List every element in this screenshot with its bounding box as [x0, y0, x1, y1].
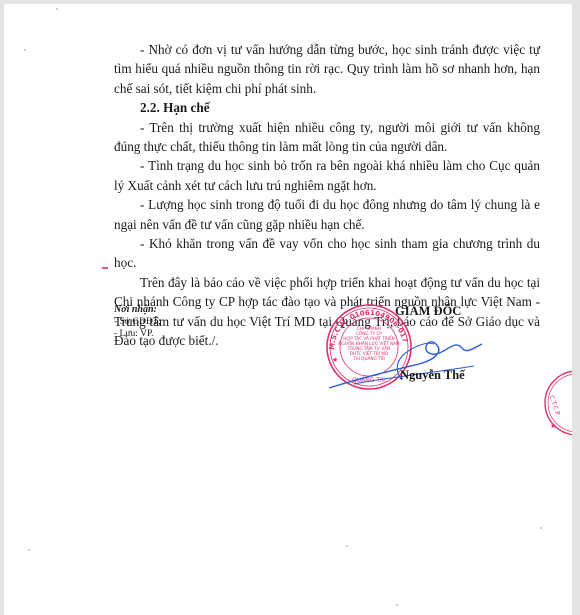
limitation-item: - Lượng học sinh trong độ tuổi đi du học… [114, 195, 540, 234]
svg-text:★: ★ [550, 422, 556, 430]
signature-title: GIÁM ĐỐC [395, 304, 461, 319]
limitation-item: - Trên thị trường xuất hiện nhiều công t… [114, 118, 540, 157]
limitation-item: - Khó khăn trong vấn đề vay vốn cho học … [114, 234, 540, 273]
signer-name: Nguyễn Thế [400, 368, 465, 383]
section-heading: 2.2. Hạn chế [114, 98, 540, 117]
recipients-block: Nơi nhận: - Sở GDĐT; - Lưu: VP. [114, 304, 161, 340]
partial-stamp-icon: C.T.C.P ★ [542, 368, 572, 438]
recipients-title: Nơi nhận: [114, 304, 161, 316]
margin-mark [102, 267, 108, 269]
paragraph-benefit: - Nhờ có đơn vị tư vấn hướng dẫn từng bư… [114, 40, 540, 98]
recipient-item: - Lưu: VP. [114, 328, 161, 340]
recipient-item: - Sở GDĐT; [114, 316, 161, 328]
limitation-item: - Tình trạng du học sinh bỏ trốn ra bên … [114, 156, 540, 195]
document-page: - Nhờ có đơn vị tư vấn hướng dẫn từng bư… [4, 4, 572, 615]
